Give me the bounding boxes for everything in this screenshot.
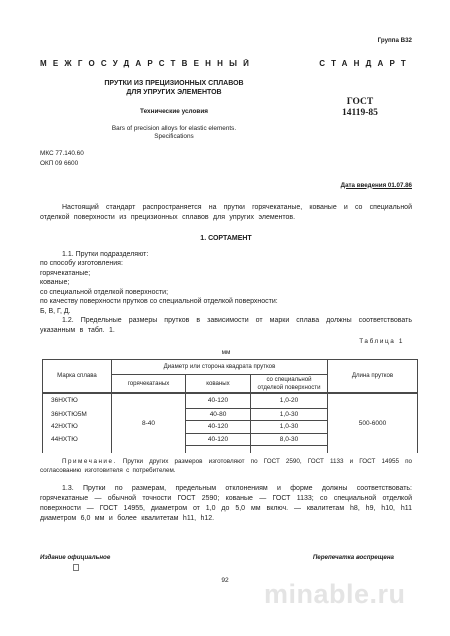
subtitle-english-line1: Bars of precision alloys for elastic ele… xyxy=(40,125,308,134)
cell-empty xyxy=(43,446,112,453)
okp-code: ОКП 09 6600 xyxy=(40,159,412,169)
group-label: Группа В32 xyxy=(40,37,412,44)
cell-forged: 40-120 xyxy=(186,421,251,434)
column-header-forged: кованых xyxy=(186,375,251,394)
cell-mark: 36НХТЮ5М xyxy=(43,408,112,421)
table-note: Примечание. Прутки других размеров изгот… xyxy=(40,457,412,476)
clause-1-1-line: по качеству поверхности прутков со специ… xyxy=(40,297,412,307)
cell-forged: 40-120 xyxy=(186,393,251,408)
edition-note: Издание официальное xyxy=(40,554,110,561)
cell-special: 1,0-30 xyxy=(251,408,328,421)
header-right-column: ГОСТ 14119-85 xyxy=(308,80,412,142)
clause-1-1-line: со специальной отделкой поверхности; xyxy=(40,288,412,298)
classification-codes: МКС 77.140.60 ОКП 09 6600 xyxy=(40,149,412,169)
publisher-mark-icon xyxy=(73,564,79,571)
effective-date: Дата введения 01.07.86 xyxy=(341,182,412,189)
clause-1-1-line: по способу изготовления: xyxy=(40,259,412,269)
clause-1-1-line: горячекатаные; xyxy=(40,269,412,279)
cell-special: 8,0-30 xyxy=(251,433,328,446)
clause-1-1-line: Б, В, Г, Д. xyxy=(40,307,412,317)
cell-empty xyxy=(186,446,251,453)
gost-code: ГОСТ 14119-85 xyxy=(308,97,412,119)
header-left-column: ПРУТКИ ИЗ ПРЕЦИЗИОННЫХ СПЛАВОВ ДЛЯ УПРУГ… xyxy=(40,80,308,142)
watermark: minable.ru xyxy=(264,579,406,610)
column-header-hot-rolled: горячекатаных xyxy=(112,375,186,394)
gost-number: 14119-85 xyxy=(308,108,412,119)
subtitle-russian: Технические условия xyxy=(40,108,308,115)
clause-1-1-line: 1.1. Прутки подразделяют: xyxy=(40,250,412,260)
document-title-line2: ДЛЯ УПРУГИХ ЭЛЕМЕНТОВ xyxy=(40,89,308,98)
clause-1-3: 1.3. Прутки по размерам, предельным откл… xyxy=(40,484,412,524)
subtitle-english-line2: Specifications xyxy=(40,133,308,142)
mks-code: МКС 77.140.60 xyxy=(40,149,412,159)
effective-date-row: Дата введения 01.07.86 xyxy=(40,182,412,189)
cell-length-merged: 500-6000 xyxy=(328,393,418,453)
header-columns: ПРУТКИ ИЗ ПРЕЦИЗИОННЫХ СПЛАВОВ ДЛЯ УПРУГ… xyxy=(40,80,412,142)
cell-special: 1,0-20 xyxy=(251,393,328,408)
document-title-line1: ПРУТКИ ИЗ ПРЕЦИЗИОННЫХ СПЛАВОВ xyxy=(40,80,308,89)
cell-mark: 36НХТЮ xyxy=(43,393,112,408)
document-title: ПРУТКИ ИЗ ПРЕЦИЗИОННЫХ СПЛАВОВ ДЛЯ УПРУГ… xyxy=(40,80,308,98)
table-row: 36НХТЮ 8-40 40-120 1,0-20 500-6000 xyxy=(43,393,418,408)
page-content: Группа В32 МЕЖГОСУДАРСТВЕННЫЙ СТАНДАРТ П… xyxy=(0,0,450,524)
column-header-diameter-group: Диаметр или сторона квадрата прутков xyxy=(112,360,328,375)
cell-special: 1,0-30 xyxy=(251,421,328,434)
table-note-label: Примечание. xyxy=(62,458,117,465)
cell-hot-rolled-merged: 8-40 xyxy=(112,393,186,453)
cell-mark: 42НХТЮ xyxy=(43,421,112,434)
table-1-header: Марка сплава Диаметр или сторона квадрат… xyxy=(43,360,418,394)
table-unit-label: мм xyxy=(40,349,412,356)
document-page: Группа В32 МЕЖГОСУДАРСТВЕННЫЙ СТАНДАРТ П… xyxy=(0,0,450,636)
clause-1-2: 1.2. Предельные размеры прутков в зависи… xyxy=(40,316,412,335)
section-1-heading: 1. СОРТАМЕНТ xyxy=(40,235,412,242)
clause-1-1-block: 1.1. Прутки подразделяют: по способу изг… xyxy=(40,250,412,336)
column-header-mark: Марка сплава xyxy=(43,360,112,394)
clause-1-1-line: кованые; xyxy=(40,278,412,288)
subtitle-english: Bars of precision alloys for elastic ele… xyxy=(40,125,308,142)
cell-forged: 40-120 xyxy=(186,433,251,446)
gost-label: ГОСТ xyxy=(308,97,412,108)
cell-empty xyxy=(251,446,328,453)
cell-mark: 44НХТЮ xyxy=(43,433,112,446)
column-header-length: Длина прутков xyxy=(328,360,418,394)
cell-forged: 40-80 xyxy=(186,408,251,421)
intro-paragraph: Настоящий стандарт распространяется на п… xyxy=(40,203,412,223)
standard-kind-heading: МЕЖГОСУДАРСТВЕННЫЙ СТАНДАРТ xyxy=(40,59,412,68)
reprint-note: Перепечатка воспрещена xyxy=(313,554,394,561)
table-1: Марка сплава Диаметр или сторона квадрат… xyxy=(42,359,418,453)
column-header-special-finish: со специальной отделкой поверхности xyxy=(251,375,328,394)
table-caption: Таблица 1 xyxy=(40,338,412,345)
